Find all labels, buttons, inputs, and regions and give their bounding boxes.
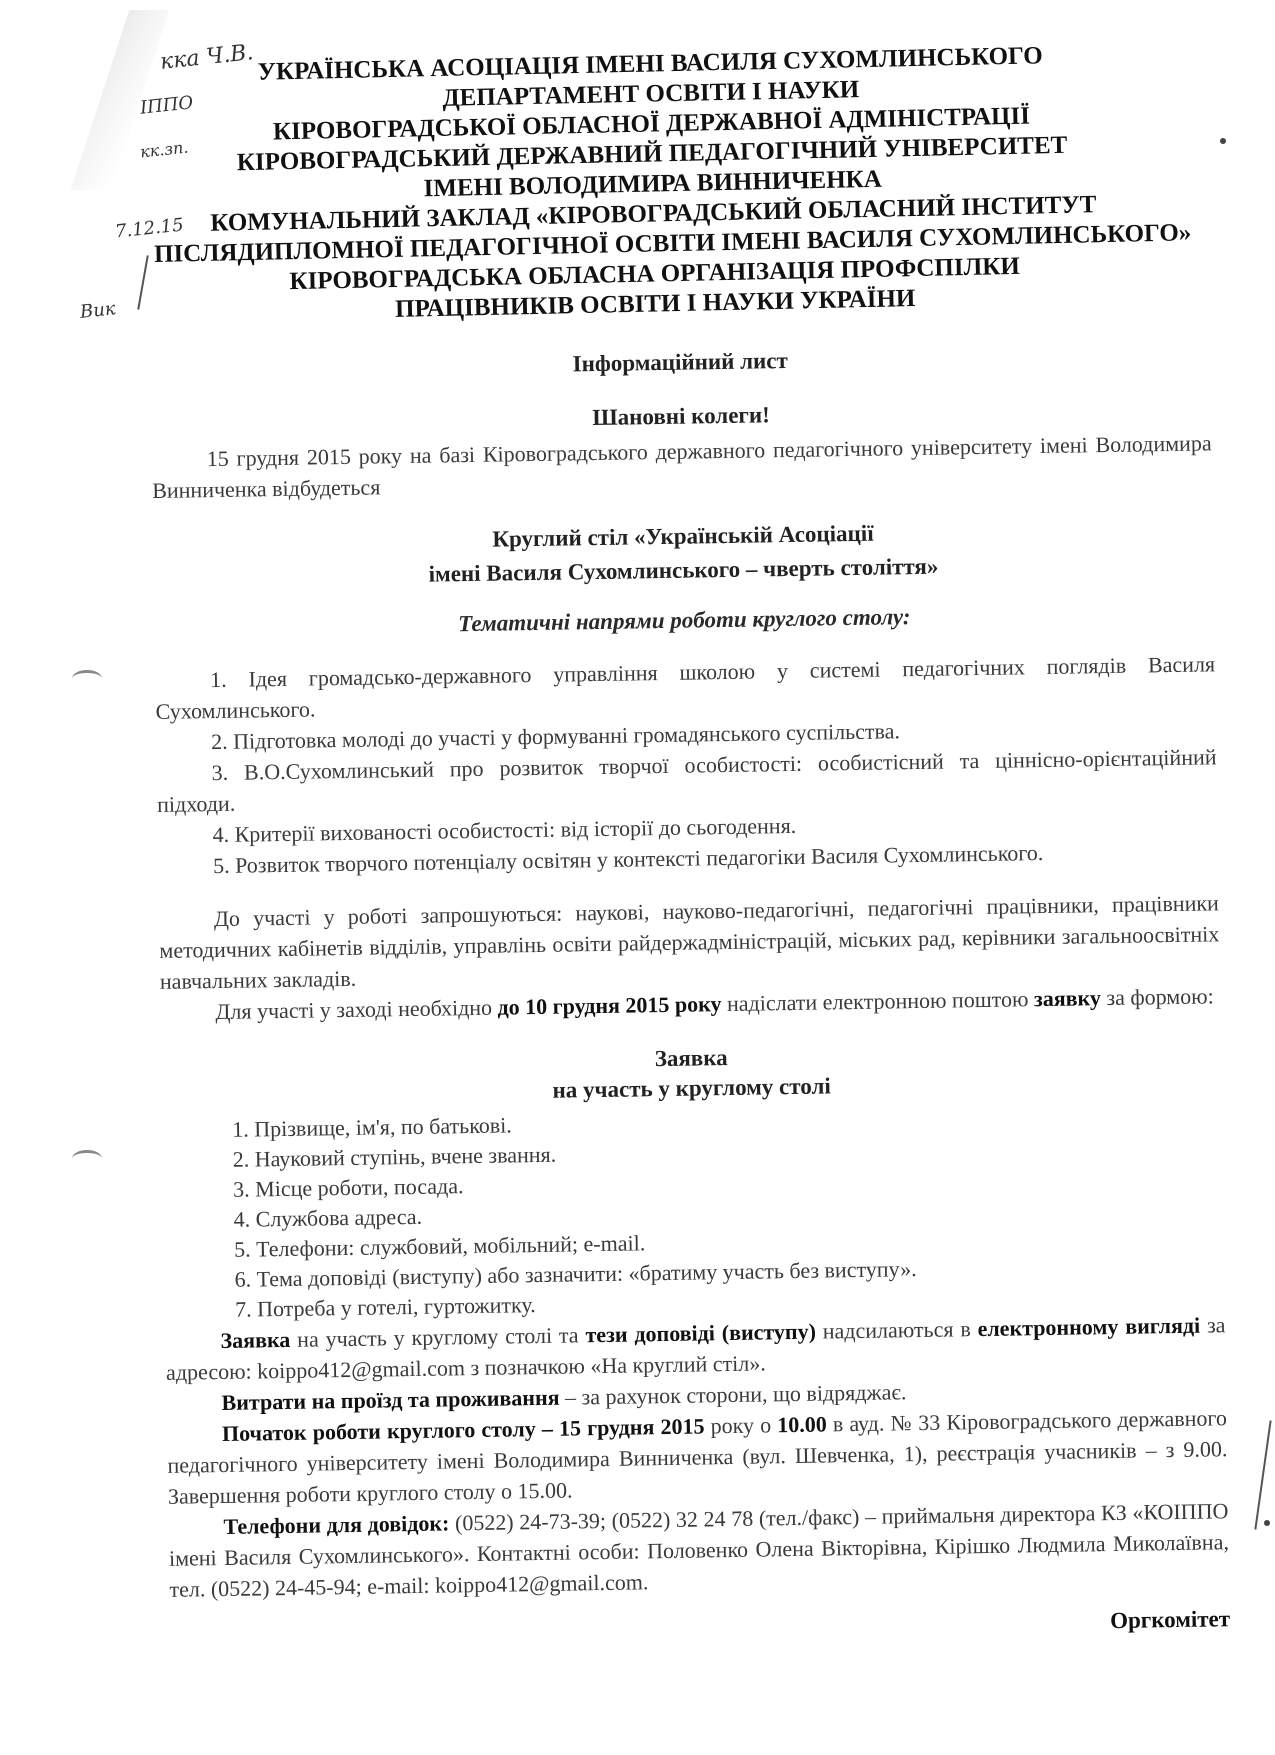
scanned-page: кка Ч.В. ІППО кк.зп. 7.12.15 Вик УКРАЇНС… — [0, 0, 1275, 1755]
scan-speck — [1220, 138, 1226, 144]
text: року о — [704, 1412, 777, 1438]
text-bold: тези доповіді (виступу) — [585, 1319, 816, 1348]
text: Для участі у заході необхідно — [215, 995, 498, 1024]
contacts-paragraph: Телефони для довідок: (0522) 24-73-39; (… — [168, 1495, 1229, 1605]
text: надіслати електронною поштою — [721, 986, 1034, 1016]
topics-heading: Тематичні напрями роботи круглого столу: — [154, 599, 1214, 642]
text-bold: Телефони для довідок: — [223, 1510, 449, 1539]
letterhead: УКРАЇНСЬКА АСОЦІАЦІЯ ІМЕНІ ВАСИЛЯ СУХОМЛ… — [150, 39, 1155, 330]
application-form-list: 1. Прізвище, ім'я, по батькові. 2. Науко… — [232, 1099, 1225, 1325]
signature: Оргкомітет — [170, 1606, 1230, 1649]
text-bold: заявку — [1034, 985, 1101, 1011]
handwritten-signature: Вик — [79, 298, 117, 323]
document-type: Інформаційний лист — [150, 341, 1210, 384]
text-bold: Початок роботи круглого столу – 15 грудн… — [222, 1413, 705, 1446]
start-paragraph: Початок роботи круглого столу – 15 грудн… — [167, 1402, 1228, 1512]
text: надсилаються в — [816, 1316, 978, 1344]
text-bold: електронному вигляді — [977, 1313, 1200, 1341]
invited-paragraph: До участі у роботі запрошуються: наукові… — [159, 887, 1220, 997]
start-time: 10.00 — [777, 1412, 827, 1438]
punch-hole — [72, 670, 102, 687]
text: на участь у круглому столі та — [290, 1322, 586, 1352]
handwritten-mark — [137, 255, 149, 310]
margin-mark — [1254, 1420, 1271, 1529]
scan-speck — [1264, 1520, 1270, 1526]
punch-hole — [72, 1150, 102, 1167]
text-bold: Заявка — [220, 1327, 290, 1353]
deadline-date: до 10 грудня 2015 року — [497, 991, 721, 1020]
text: за формою: — [1101, 983, 1214, 1010]
text: – за рахунок сторони, що відряджає. — [559, 1379, 906, 1409]
text-bold: Витрати на проїзд та проживання — [221, 1385, 559, 1415]
intro-paragraph: 15 грудня 2015 року на базі Кіровоградсь… — [151, 427, 1212, 506]
letter-body: Інформаційний лист Шановні колеги! 15 гр… — [150, 333, 1231, 1671]
